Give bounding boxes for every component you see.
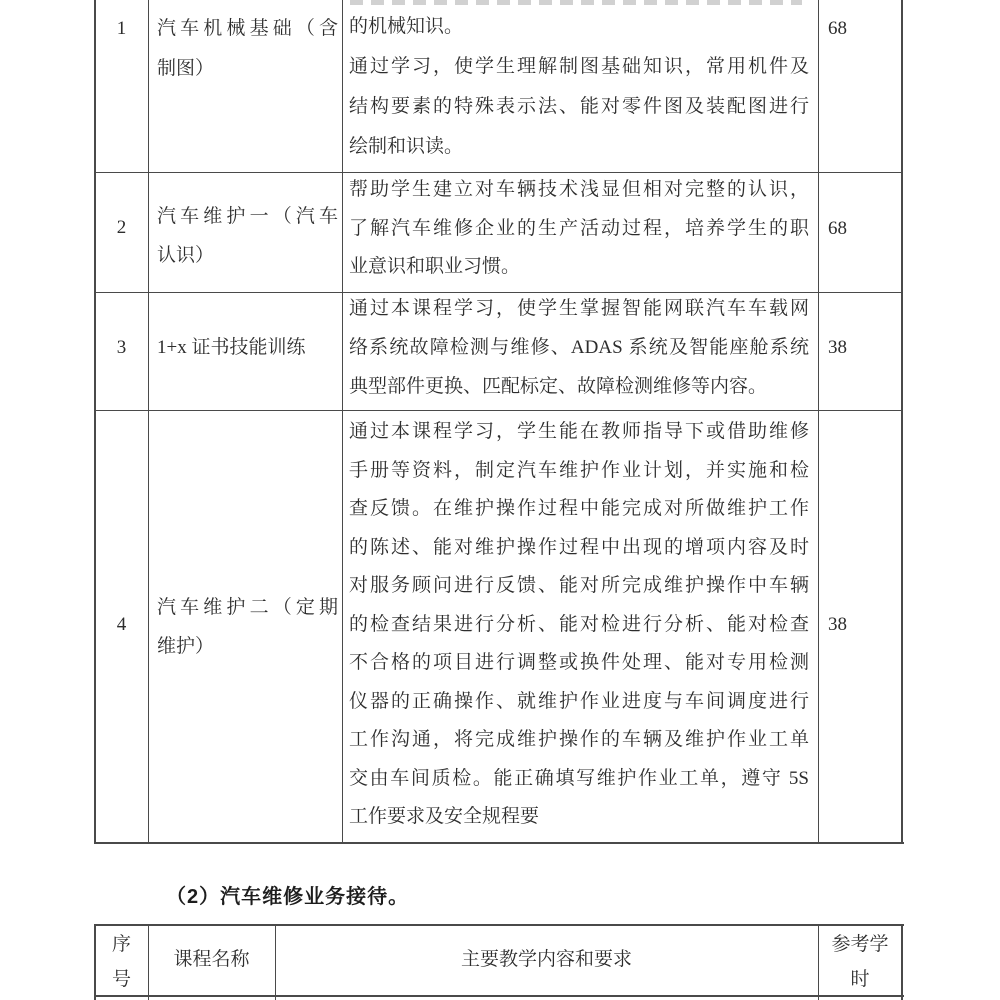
content-line: 通过本课程学习，学生能在教师指导下或借助维修 bbox=[349, 418, 809, 445]
content-line: 交由车间质检。能正确填写维护作业工单，遵守 5S bbox=[349, 765, 809, 792]
hours-value: 38 bbox=[828, 611, 847, 638]
table1-grid-line-vertical bbox=[148, 0, 149, 843]
content-line: 仪器的正确操作、就维护作业进度与车间调度进行 bbox=[349, 688, 809, 715]
course-name-line: 制图） bbox=[157, 55, 338, 82]
table1-grid-line-vertical bbox=[342, 0, 343, 843]
serial-number: 1 bbox=[95, 15, 148, 42]
table1-grid-line-bottom bbox=[94, 842, 904, 844]
table1-grid-line-horizontal bbox=[95, 292, 903, 293]
course-name-line: 维护） bbox=[157, 633, 338, 660]
content-line: 通过本课程学习，使学生掌握智能网联汽车车载网 bbox=[349, 295, 809, 322]
table2-header-hours-line1: 参考学 bbox=[818, 931, 902, 958]
content-line: 绘制和识读。 bbox=[349, 133, 809, 160]
content-line: 对服务顾问进行反馈、能对所完成维护操作中车辆 bbox=[349, 572, 809, 599]
course-name-line: 认识） bbox=[157, 242, 338, 269]
table1-grid-line-horizontal bbox=[95, 172, 903, 173]
content-line: 手册等资料，制定汽车维护作业计划，并实施和检 bbox=[349, 457, 809, 484]
course-name-line: 汽车维护一（汽车 bbox=[157, 203, 338, 230]
content-line: 典型部件更换、匹配标定、故障检测维修等内容。 bbox=[349, 373, 809, 400]
table2-header-hours-line2: 时 bbox=[818, 966, 902, 993]
content-line: 业意识和职业习惯。 bbox=[349, 253, 809, 280]
table2-header-course-name: 课程名称 bbox=[148, 946, 275, 973]
content-line: 结构要素的特殊表示法、能对零件图及装配图进行 bbox=[349, 93, 809, 120]
table1-grid-line-horizontal bbox=[95, 410, 903, 411]
content-line: 的检查结果进行分析、能对检进行分析、能对检查 bbox=[349, 611, 809, 638]
content-line: 的机械知识。 bbox=[349, 13, 809, 40]
clipped-text-remnant bbox=[350, 0, 802, 5]
table2-header-content: 主要教学内容和要求 bbox=[275, 946, 818, 973]
course-name-line: 汽车机械基础（含 bbox=[157, 15, 338, 42]
course-name-line: 汽车维护二（定期 bbox=[157, 594, 338, 621]
course-name-line: 1+x 证书技能训练 bbox=[157, 334, 338, 361]
hours-value: 68 bbox=[828, 215, 847, 242]
table2-header-no-line2: 号 bbox=[95, 966, 148, 993]
content-line: 了解汽车维修企业的生产活动过程，培养学生的职 bbox=[349, 215, 809, 242]
content-line: 不合格的项目进行调整或换件处理、能对专用检测 bbox=[349, 649, 809, 676]
content-line: 工作要求及安全规程要 bbox=[349, 803, 809, 830]
hours-value: 68 bbox=[828, 15, 847, 42]
table2-grid-line-top bbox=[94, 924, 904, 926]
serial-number: 3 bbox=[95, 334, 148, 361]
serial-number: 2 bbox=[95, 214, 148, 241]
serial-number: 4 bbox=[95, 611, 148, 638]
section-heading: （2）汽车维修业务接待。 bbox=[166, 884, 409, 911]
content-line: 帮助学生建立对车辆技术浅显但相对完整的认识， bbox=[349, 176, 809, 203]
content-line: 络系统故障检测与维修、ADAS 系统及智能座舱系统 bbox=[349, 334, 809, 361]
content-line: 的陈述、能对维护操作过程中出现的增项内容及时 bbox=[349, 534, 809, 561]
table1-grid-line-vertical bbox=[94, 0, 96, 843]
content-line: 通过学习，使学生理解制图基础知识，常用机件及 bbox=[349, 53, 809, 80]
table1-grid-line-vertical bbox=[901, 0, 903, 843]
content-line: 查反馈。在维护操作过程中能完成对所做维护工作 bbox=[349, 495, 809, 522]
table1-grid-line-vertical bbox=[818, 0, 819, 843]
document-page: 1汽车机械基础（含制图）的机械知识。通过学习，使学生理解制图基础知识，常用机件及… bbox=[0, 0, 1000, 1000]
content-line: 工作沟通，将完成维护操作的车辆及维护作业工单 bbox=[349, 726, 809, 753]
table2-grid-line-bottom bbox=[94, 995, 904, 997]
hours-value: 38 bbox=[828, 334, 847, 361]
table2-header-no-line1: 序 bbox=[95, 931, 148, 958]
